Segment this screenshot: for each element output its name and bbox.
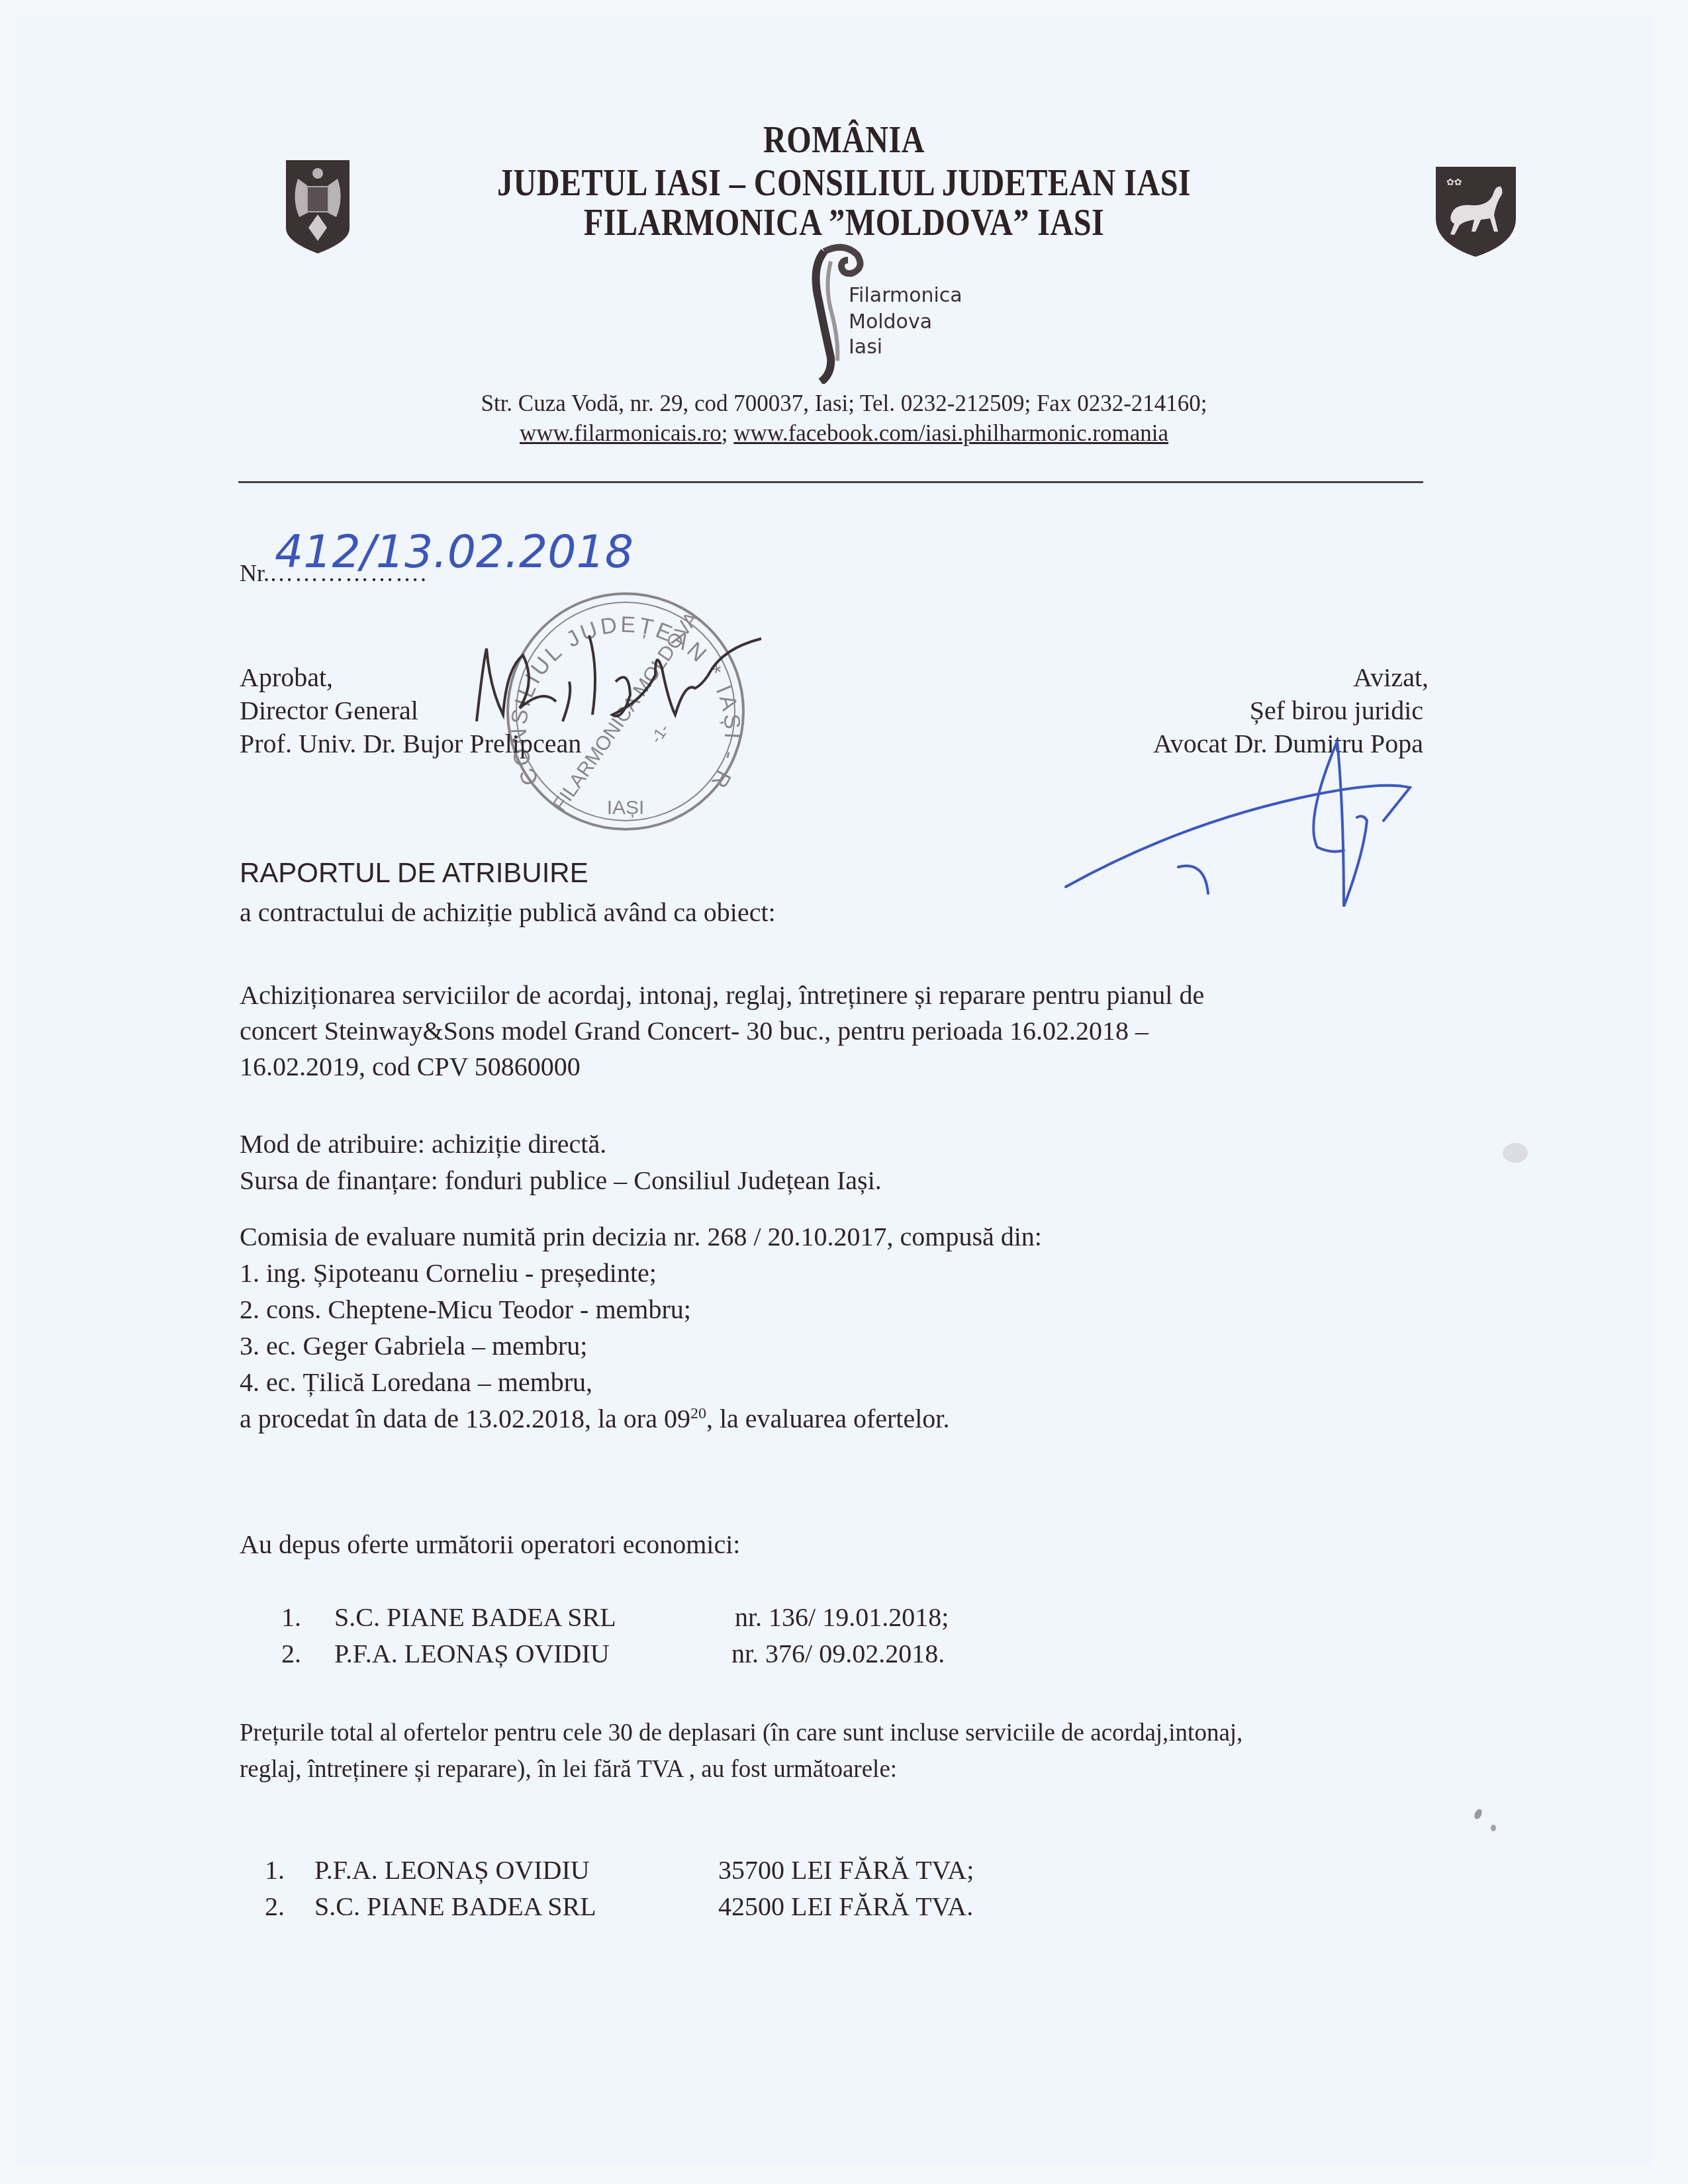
commission-member: 4. ec. Țilică Loredana – membru, — [240, 1367, 592, 1398]
scan-speck — [1503, 1143, 1528, 1163]
object-line-2: concert Steinway&Sons model Grand Concer… — [240, 1015, 1149, 1046]
commission-member: 1. ing. Șipoteanu Corneliu - președinte; — [240, 1257, 657, 1289]
bidder-name: P.F.A. LEONAȘ OVIDIU — [334, 1638, 610, 1669]
header-country: ROMÂNIA — [118, 119, 1570, 161]
director-name: Prof. Univ. Dr. Bujor Prelipcean — [240, 728, 581, 759]
handwritten-registration: 412/13.02.2018 — [275, 526, 633, 578]
legal-signature-icon — [1053, 728, 1423, 907]
logo-line-1: Filarmonica — [849, 286, 962, 306]
evaluation-statement: a procedat în data de 13.02.2018, la ora… — [240, 1403, 949, 1434]
funding-source: Sursa de finanțare: fonduri publice – Co… — [240, 1165, 882, 1196]
director-title: Director General — [240, 695, 418, 726]
bidders-intro: Au depus oferte următorii operatori econ… — [240, 1529, 740, 1560]
stamp-bottom-text: IAȘI — [607, 797, 645, 819]
approved-label: Aprobat, — [240, 662, 333, 693]
evaluation-time-minutes: 20 — [690, 1405, 706, 1422]
bidder-ref: nr. 376/ 09.02.2018. — [731, 1638, 945, 1669]
facebook-link[interactable]: www.facebook.com/iasi.philharmonic.roman… — [733, 420, 1168, 446]
report-title: RAPORTUL DE ATRIBUIRE — [240, 857, 588, 889]
logo-line-3: Iasi — [849, 338, 882, 357]
header-divider — [238, 481, 1423, 483]
price-amount: 42500 LEI FĂRĂ TVA. — [718, 1891, 973, 1922]
commission-member: 3. ec. Geger Gabriela – membru; — [240, 1330, 587, 1361]
commission-intro: Comisia de evaluare numită prin decizia … — [240, 1221, 1042, 1252]
bidder-num: 2. — [281, 1638, 301, 1669]
price-bidder-name: S.C. PIANE BADEA SRL — [314, 1891, 596, 1922]
legal-head-title: Șef birou juridic — [1250, 695, 1423, 726]
link-separator: ; — [722, 420, 733, 446]
commission-member: 2. cons. Cheptene-Micu Teodor - membru; — [240, 1294, 691, 1325]
scan-speck — [1491, 1825, 1496, 1831]
header-links: www.filarmonicais.ro; www.facebook.com/i… — [0, 420, 1688, 447]
logo-line-2: Moldova — [849, 312, 932, 332]
price-num: 1. — [265, 1854, 285, 1886]
header-institution: FILARMONICA ”MOLDOVA” IASI — [118, 202, 1570, 244]
bidder-name: S.C. PIANE BADEA SRL — [334, 1602, 616, 1633]
header-address: Str. Cuza Vodă, nr. 29, cod 700037, Iasi… — [0, 390, 1688, 417]
report-subtitle: a contractului de achiziție publică avân… — [240, 897, 776, 928]
bidder-ref: nr. 136/ 19.01.2018; — [735, 1602, 949, 1633]
website-link[interactable]: www.filarmonicais.ro — [520, 420, 722, 446]
price-amount: 35700 LEI FĂRĂ TVA; — [718, 1854, 974, 1886]
bidder-num: 1. — [281, 1602, 301, 1633]
prices-intro-line-1: Prețurile total al ofertelor pentru cele… — [240, 1719, 1243, 1747]
award-mode: Mod de atribuire: achiziție directă. — [240, 1128, 606, 1160]
evaluation-text: a procedat în data de 13.02.2018, la ora… — [240, 1404, 690, 1433]
price-bidder-name: P.F.A. LEONAȘ OVIDIU — [314, 1854, 590, 1886]
price-num: 2. — [265, 1891, 285, 1922]
registration-label: Nr. — [240, 560, 269, 586]
prices-intro-line-2: reglaj, întreținere și reparare), în lei… — [240, 1755, 897, 1784]
object-line-1: Achiziționarea serviciilor de acordaj, i… — [240, 979, 1204, 1011]
header-county-council: JUDETUL IASI – CONSILIUL JUDETEAN IASI — [118, 162, 1570, 205]
endorsed-label: Avizat, — [1353, 662, 1429, 693]
object-line-3: 16.02.2019, cod CPV 50860000 — [240, 1051, 581, 1082]
evaluation-text-end: , la evaluarea ofertelor. — [706, 1404, 950, 1433]
